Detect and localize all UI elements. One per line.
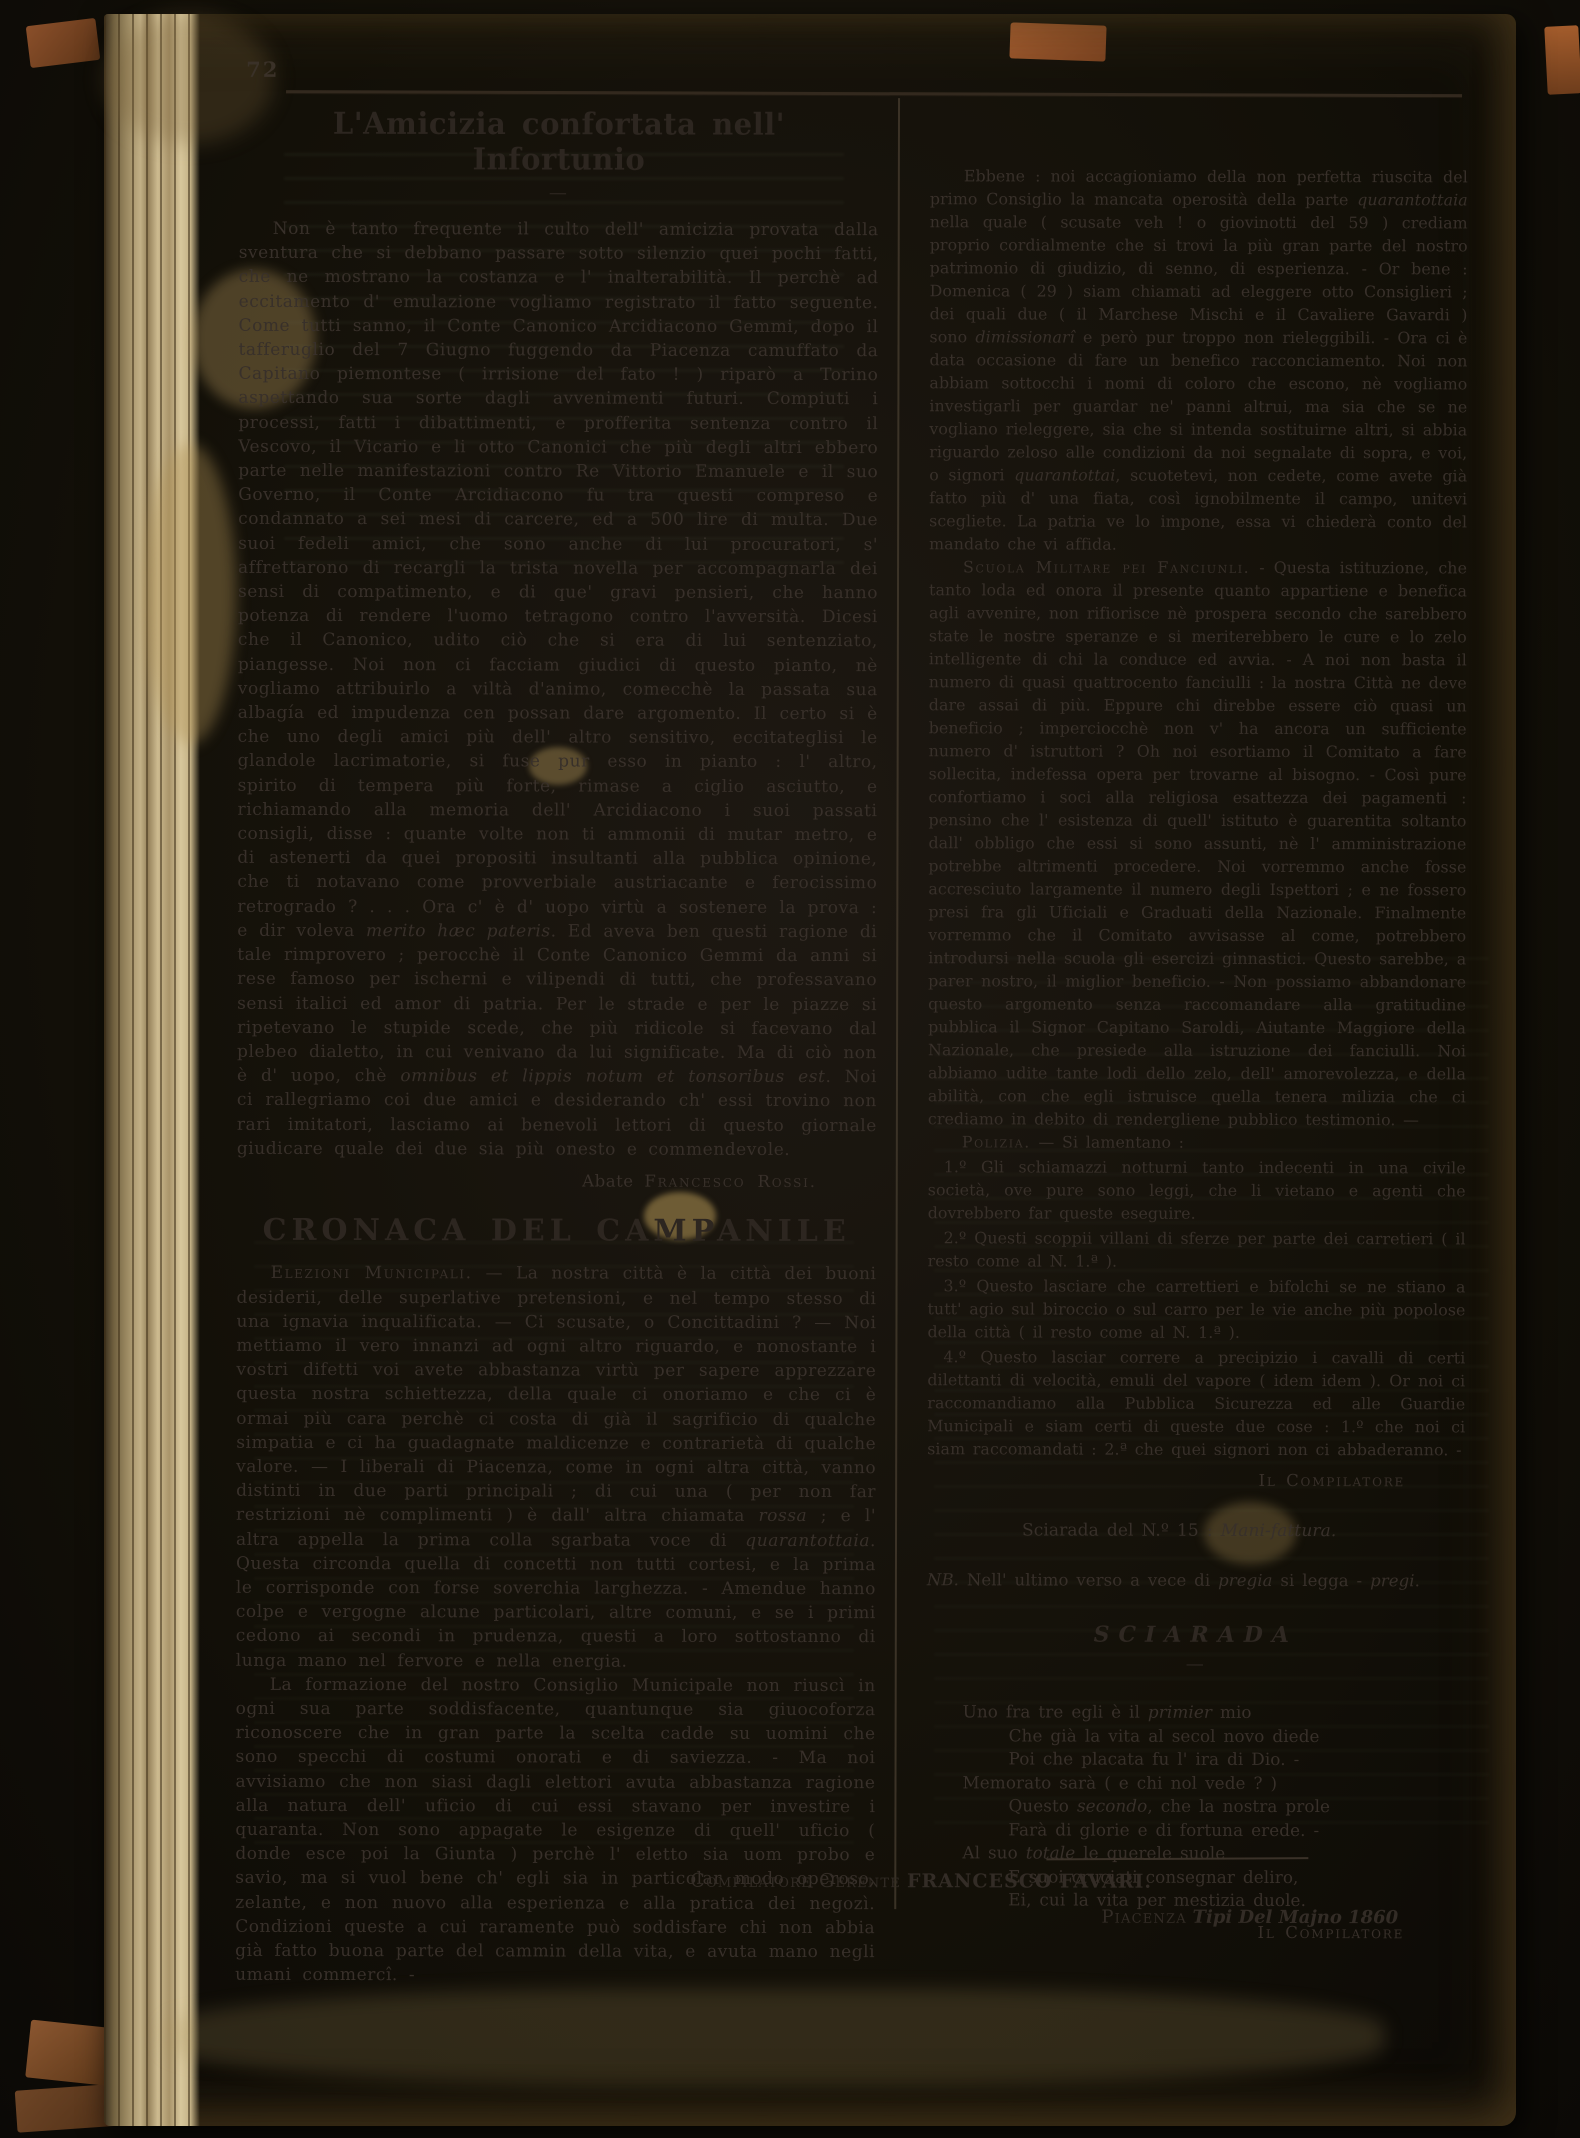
signature-name: Francesco Rossi. bbox=[644, 1172, 816, 1191]
page-content: 72 L'Amicizia confortata nell' Infortuni… bbox=[102, 13, 1518, 2128]
book-scan: 72 L'Amicizia confortata nell' Infortuni… bbox=[0, 0, 1580, 2138]
poem-line: Poi che placata fu l' ira di Dio. - bbox=[1009, 1747, 1465, 1771]
masthead-rule bbox=[286, 90, 1462, 97]
page-number: 72 bbox=[246, 57, 279, 82]
sciarada-solution-line: Sciarada del N.º 15 : Mani-fattura. bbox=[1022, 1519, 1465, 1543]
poem-line: Questo secondo, che la nostra prole bbox=[1008, 1794, 1464, 1818]
signature-compilatore-1: Il Compilatore bbox=[927, 1468, 1405, 1492]
cronaca-paragraph-formazione: La formazione del nostro Consiglio Munic… bbox=[235, 1673, 876, 1989]
footer-imprint: Tipi Del Majno 1860 bbox=[1193, 1907, 1399, 1928]
footer-imprint-line: Piacenza Tipi Del Majno 1860 bbox=[1101, 1907, 1398, 1929]
binding-fragment-top-right bbox=[1544, 25, 1580, 95]
column-divider-rule bbox=[894, 98, 900, 1909]
paragraph-lead-elezioni: Elezioni Municipali. bbox=[271, 1263, 473, 1283]
paragraph-lead-scuola: Scuola Militare pei Fanciunli. bbox=[963, 557, 1250, 577]
footer-gerente-line: Compilatore Gerente FRANCESCO FAVARI. bbox=[690, 1870, 1152, 1893]
cronaca-paragraph-elezioni: Elezioni Municipali. — La nostra città è… bbox=[236, 1261, 877, 1674]
poem-line: Al suo totale le querele suole bbox=[962, 1841, 1464, 1866]
paragraph-polizia: Polizia. — Si lamentano : bbox=[928, 1130, 1466, 1154]
polizia-item-1: 1.º Gli schiamazzi notturni tanto indece… bbox=[928, 1155, 1466, 1225]
paragraph-intro-polizia: — Si lamentano : bbox=[1039, 1132, 1185, 1151]
left-column: L'Amicizia confortata nell' Infortunio —… bbox=[235, 107, 879, 1989]
footer-gerente-name: FRANCESCO FAVARI. bbox=[907, 1870, 1152, 1893]
paragraph-text-scuola: - Questa istituzione, che tanto loda ed … bbox=[928, 558, 1467, 1129]
section-title-cronaca: CRONACA DEL CAMPANILE bbox=[237, 1219, 877, 1245]
paragraph-scuola-militare: Scuola Militare pei Fanciunli. - Questa … bbox=[928, 555, 1467, 1131]
paragraph-lead-polizia: Polizia. bbox=[962, 1132, 1031, 1151]
signature-prefix: Abate bbox=[582, 1171, 634, 1190]
polizia-item-2: 2.º Questi scoppii villani di sferze per… bbox=[928, 1226, 1466, 1273]
newspaper-page: 72 L'Amicizia confortata nell' Infortuni… bbox=[104, 14, 1516, 2126]
title-dash-ornament: — bbox=[239, 183, 879, 204]
right-column: Ebbene : noi accagioniamo della non perf… bbox=[926, 164, 1468, 1948]
polizia-item-3: 3.º Questo lasciare che carrettieri e bi… bbox=[927, 1274, 1465, 1344]
poem-line: Farà di glorie e di fortuna erede. - bbox=[1008, 1818, 1464, 1842]
binding-fragment-top-left bbox=[26, 18, 101, 68]
paragraph-text-elezioni: — La nostra città è la città dei buoni d… bbox=[236, 1264, 877, 1672]
paragraph-ebbene: Ebbene : noi accagioniamo della non perf… bbox=[929, 164, 1468, 556]
poem-line: Uno fra tre egli è il primier mio bbox=[963, 1700, 1465, 1725]
poem-line: Memorato sarà ( e chi nol vede ? ) bbox=[962, 1771, 1464, 1796]
sciarada-heading: SCIARADA bbox=[927, 1623, 1465, 1647]
footer-gerente-label: Compilatore Gerente bbox=[690, 1870, 901, 1892]
sciarada-dash-ornament: — bbox=[927, 1654, 1465, 1675]
article-amicizia-body: Non è tanto frequente il culto dell' ami… bbox=[237, 217, 879, 1162]
poem-line: Che già la vita al secol novo diede bbox=[1009, 1724, 1465, 1748]
article-title-amicizia: L'Amicizia confortata nell' Infortunio bbox=[239, 105, 879, 177]
polizia-item-4: 4.º Questo lasciar correre a precipizio … bbox=[927, 1345, 1465, 1461]
nb-note: NB. Nell' ultimo verso a vece di pregia … bbox=[927, 1568, 1465, 1592]
signature-rossi: Abate Francesco Rossi. bbox=[237, 1169, 817, 1194]
footer-place: Piacenza bbox=[1101, 1907, 1187, 1928]
